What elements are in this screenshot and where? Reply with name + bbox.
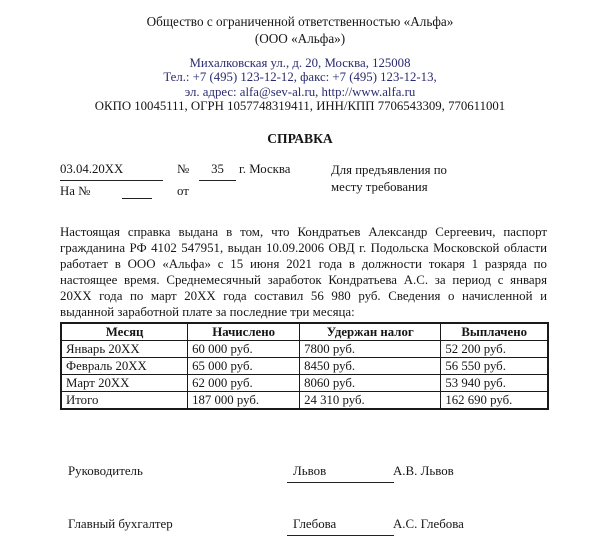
reply-number-blank — [122, 184, 152, 199]
requisites-block: 03.04.20XX № 35 г. Москва Для предъявлен… — [60, 161, 547, 211]
cell-month: Март 20XX — [61, 375, 188, 392]
cell-tax: 8060 руб. — [300, 375, 441, 392]
signature-row-director: Руководитель Львов А.В. Львов — [60, 462, 547, 484]
cell-accrued: 65 000 руб. — [188, 358, 300, 375]
header-month: Месяц — [61, 323, 188, 341]
cell-accrued: 62 000 руб. — [188, 375, 300, 392]
cell-month: Январь 20XX — [61, 341, 188, 358]
cell-month: Февраль 20XX — [61, 358, 188, 375]
signature-role: Руководитель — [68, 464, 143, 479]
number-sign-label: № — [177, 162, 189, 177]
signature-name: А.С. Глебова — [393, 517, 464, 532]
from-label: от — [177, 184, 189, 199]
city-label: г. Москва — [239, 162, 290, 177]
header-accrued: Начислено — [188, 323, 300, 341]
document-date-field: 03.04.20XX — [60, 162, 163, 181]
cell-total-tax: 24 310 руб. — [300, 392, 441, 410]
salary-table: Месяц Начислено Удержан налог Выплачено … — [60, 322, 549, 410]
company-address: Михалковская ул., д. 20, Москва, 125008 — [0, 56, 600, 70]
cell-total-label: Итого — [61, 392, 188, 410]
document-number-field: 35 — [199, 162, 236, 181]
table-header-row: Месяц Начислено Удержан налог Выплачено — [61, 323, 548, 341]
reply-to-label: На № — [60, 184, 90, 199]
cell-paid: 53 940 руб. — [441, 375, 548, 392]
contact-block: Михалковская ул., д. 20, Москва, 125008 … — [0, 56, 600, 114]
cell-paid: 56 550 руб. — [441, 358, 548, 375]
signature-name: А.В. Львов — [393, 464, 454, 479]
cell-accrued: 60 000 руб. — [188, 341, 300, 358]
header-tax-withheld: Удержан налог — [300, 323, 441, 341]
cell-total-paid: 162 690 руб. — [441, 392, 548, 410]
signature-autograph: Глебова — [287, 515, 394, 536]
company-phone-fax: Тел.: +7 (495) 123-12-12, факс: +7 (495)… — [0, 70, 600, 84]
cell-tax: 8450 руб. — [300, 358, 441, 375]
cell-tax: 7800 руб. — [300, 341, 441, 358]
signature-role: Главный бухгалтер — [68, 517, 173, 532]
purpose-note: Для предъявления по месту требования — [331, 162, 471, 196]
certificate-body-text: Настоящая справка выдана в том, что Конд… — [60, 224, 547, 320]
purpose-line-2: месту требования — [331, 179, 471, 196]
company-email-web: эл. адрес: alfa@sev-al.ru, http://www.al… — [0, 85, 600, 99]
table-total-row: Итого 187 000 руб. 24 310 руб. 162 690 р… — [61, 392, 548, 410]
signature-autograph: Львов — [287, 462, 394, 483]
signature-row-chief-accountant: Главный бухгалтер Глебова А.С. Глебова — [60, 515, 547, 537]
cell-paid: 52 200 руб. — [441, 341, 548, 358]
letterhead: Общество с ограниченной ответственностью… — [0, 13, 600, 114]
table-row: Январь 20XX 60 000 руб. 7800 руб. 52 200… — [61, 341, 548, 358]
company-registration-codes: ОКПО 10045111, ОГРН 1057748319411, ИНН/К… — [0, 99, 600, 113]
cell-total-accrued: 187 000 руб. — [188, 392, 300, 410]
table-row: Февраль 20XX 65 000 руб. 8450 руб. 56 55… — [61, 358, 548, 375]
purpose-line-1: Для предъявления по — [331, 162, 471, 179]
header-paid: Выплачено — [441, 323, 548, 341]
certificate-document: Общество с ограниченной ответственностью… — [0, 0, 600, 551]
company-name-short: (ООО «Альфа») — [0, 30, 600, 47]
document-title: СПРАВКА — [0, 131, 600, 147]
table-row: Март 20XX 62 000 руб. 8060 руб. 53 940 р… — [61, 375, 548, 392]
company-name-full: Общество с ограниченной ответственностью… — [0, 13, 600, 30]
